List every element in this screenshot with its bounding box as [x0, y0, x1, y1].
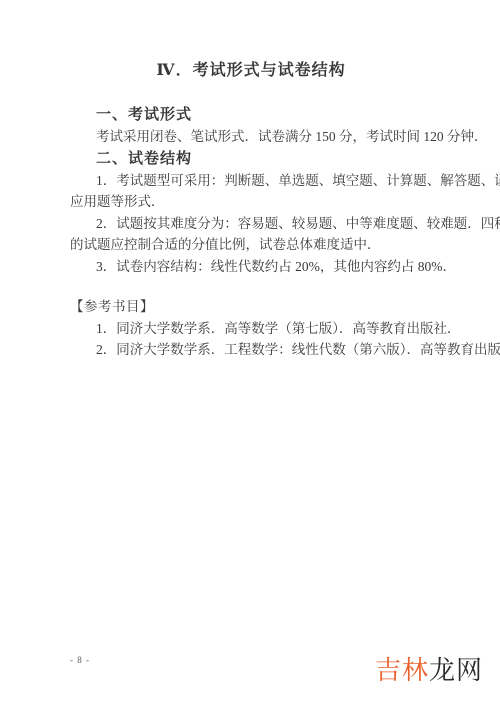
list-item-content-structure: 3．试卷内容结构：线性代数约占 20%，其他内容约占 80%． [70, 256, 432, 278]
watermark-text-longwang: 龙网 [429, 655, 483, 685]
section-heading-paper-structure: 二、试卷结构 [70, 148, 432, 170]
section-heading-exam-format: 一、考试形式 [70, 104, 432, 126]
page-title: Ⅳ．考试形式与试卷结构 [70, 60, 432, 82]
list-item-difficulty-line1: 2．试题按其难度分为：容易题、较易题、中等难度题、较难题．四种难度 [70, 213, 432, 235]
page-number: - 8 - [70, 655, 90, 665]
document-page: Ⅳ．考试形式与试卷结构 一、考试形式 考试采用闭卷、笔试形式．试卷满分 150 … [0, 0, 500, 707]
paragraph-exam-format: 考试采用闭卷、笔试形式．试卷满分 150 分，考试时间 120 分钟． [70, 126, 432, 148]
list-item-difficulty-line2: 的试题应控制合适的分值比例，试卷总体难度适中． [70, 234, 432, 256]
watermark-text-jilin: 吉林 [375, 655, 429, 685]
watermark-logo: 吉林龙网 [375, 650, 483, 687]
reference-item-2: 2．同济大学数学系．工程数学：线性代数（第六版）．高等教育出版社． [70, 339, 432, 361]
references-heading: 【参考书目】 [70, 296, 432, 318]
document-content: Ⅳ．考试形式与试卷结构 一、考试形式 考试采用闭卷、笔试形式．试卷满分 150 … [70, 60, 432, 361]
list-item-question-types-line1: 1．考试题型可采用：判断题、单选题、填空题、计算题、解答题、证明题、 [70, 170, 432, 192]
reference-item-1: 1．同济大学数学系．高等数学（第七版）．高等教育出版社． [70, 318, 432, 340]
list-item-question-types-line2: 应用题等形式． [70, 191, 432, 213]
